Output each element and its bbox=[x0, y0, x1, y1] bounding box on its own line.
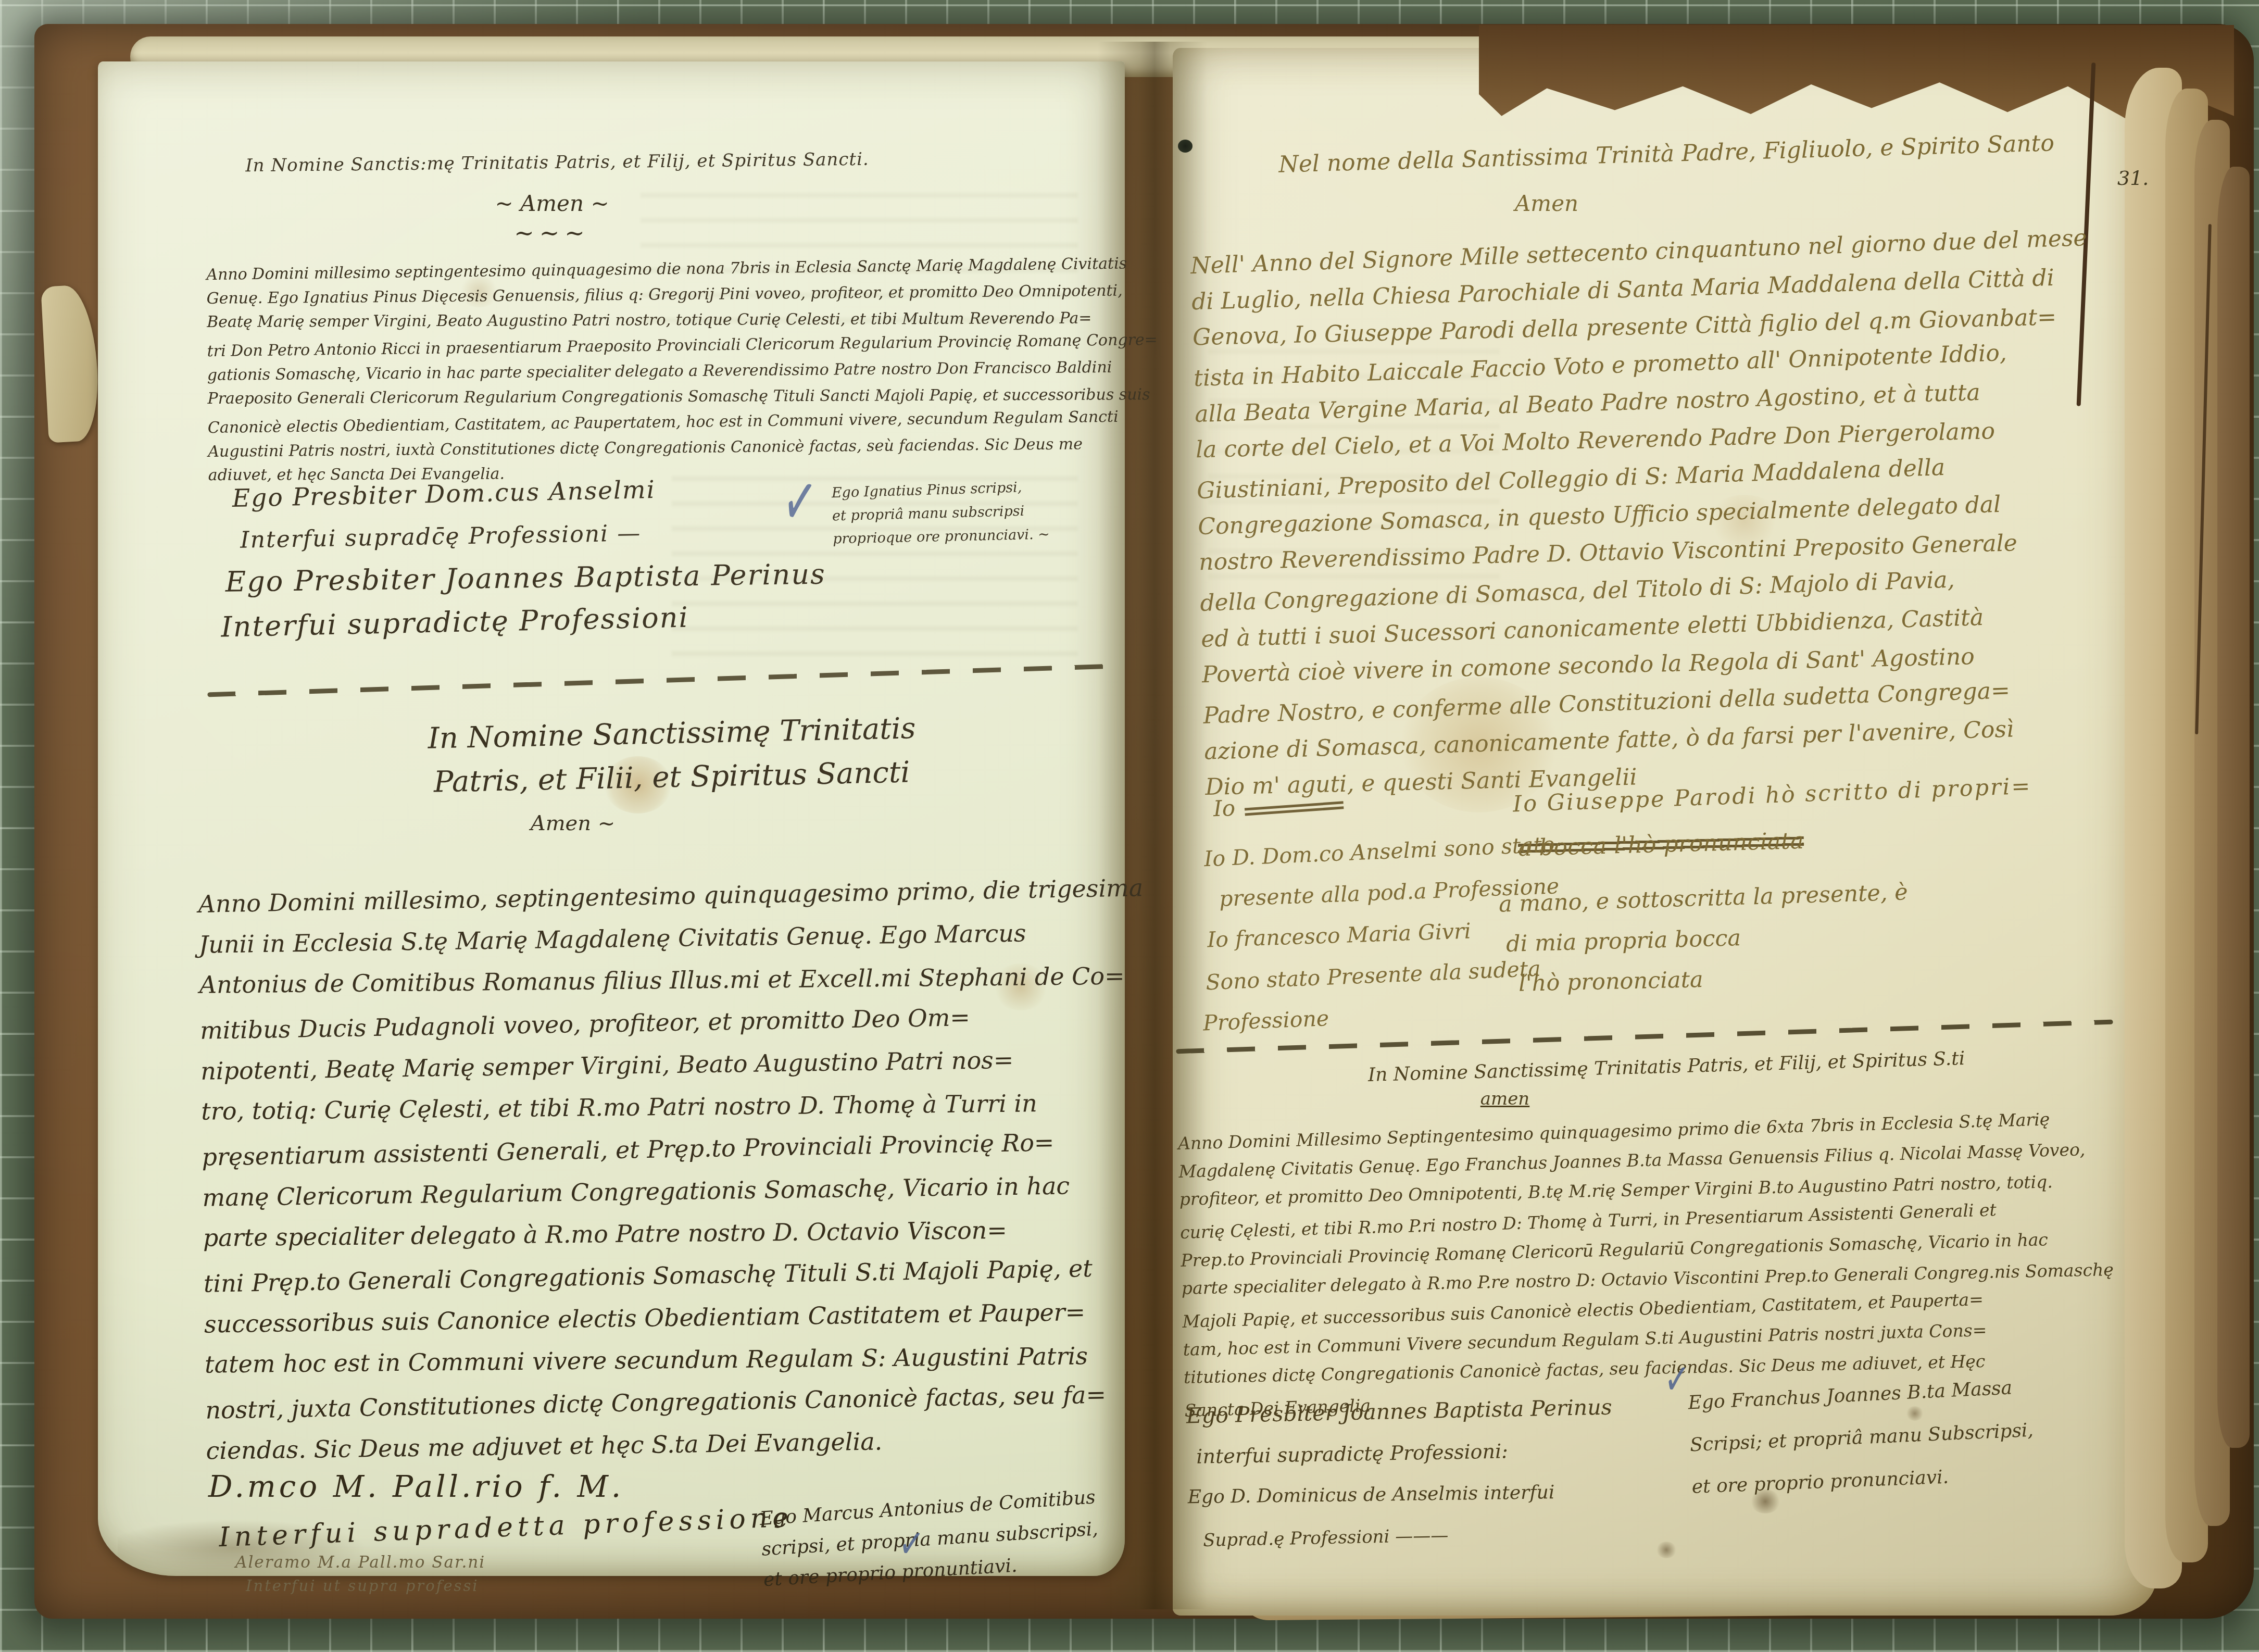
text-line: Ego D. Dominicus de Anselmis interfui bbox=[1187, 1471, 1614, 1519]
text-line: proprioque ore pronunciavi. ~ bbox=[833, 522, 1050, 550]
right-witness-signatures: Io D. Dom.co Anselmi sono statopresente … bbox=[1203, 824, 1565, 1044]
text-line: l'hò prononciata bbox=[1518, 955, 1910, 1004]
left-witness-signatures: Ego Presbiter Dom.cus AnselmiInterfui su… bbox=[232, 466, 827, 647]
right-amen: Amen bbox=[1469, 191, 1625, 216]
left-scribe-attestation: Ego Ignatius Pinus scripsi,et propriâ ma… bbox=[831, 475, 1050, 552]
right-italian-vow-giuseppe-parodi: Nell' Anno del Signore Mille settecento … bbox=[1190, 221, 2102, 808]
text-line: Suprad.ę Professioni ——— bbox=[1202, 1511, 1614, 1561]
left-latin-profession-marcus-antonius: Anno Domini millesimo, septingentesimo q… bbox=[198, 868, 1151, 1472]
blue-check-mark: ✓ bbox=[1663, 1352, 1691, 1406]
text-line: interfui supradictę Professioni: bbox=[1196, 1429, 1613, 1478]
witness-signature-faded: Aleramo M.a Pall.mo Sar.ni bbox=[235, 1553, 485, 1572]
right-bottom-witness-signatures: Ego Presbiter Joannes Baptista Perinusin… bbox=[1186, 1387, 1614, 1561]
blue-check-mark: ✓ bbox=[897, 1518, 926, 1569]
text-line: Ego Presbiter Joannes Baptista Perinus bbox=[1186, 1386, 1612, 1436]
witness-signature-pallavicino: D.mco M. Pall.rio f. M. bbox=[208, 1469, 624, 1504]
right-scribe-attestation: Ego Franchus Joannes B.ta MassaScripsi; … bbox=[1687, 1367, 2036, 1510]
photo-of-manuscript-book: In Nomine Sanctis:mę Trinitatis Patris, … bbox=[0, 0, 2259, 1652]
flourish: ~~~ bbox=[479, 219, 625, 247]
witness-attestation-faded: Interfui ut supra professi bbox=[246, 1577, 479, 1595]
left-scribe-attestation-2: Ego Marcus Antonius de Comitibusscripsi,… bbox=[759, 1482, 1101, 1596]
left-amen: ~ Amen ~ bbox=[458, 191, 646, 216]
left-second-amen: Amen ~ bbox=[443, 811, 703, 835]
fore-edge-pages bbox=[2217, 167, 2250, 1448]
crossed-out-scribble bbox=[1245, 799, 1344, 817]
left-latin-profession-1751: Anno Domini millesimo septingentesimo qu… bbox=[206, 252, 1159, 490]
right-latin-amen: amen bbox=[1427, 1088, 1583, 1109]
witness-line-crossed-out: Io bbox=[1213, 792, 1344, 822]
witness-intro-text: Io bbox=[1213, 795, 1236, 821]
page-number: 31. bbox=[2117, 167, 2149, 190]
ink-blot-dot bbox=[1178, 140, 1193, 153]
